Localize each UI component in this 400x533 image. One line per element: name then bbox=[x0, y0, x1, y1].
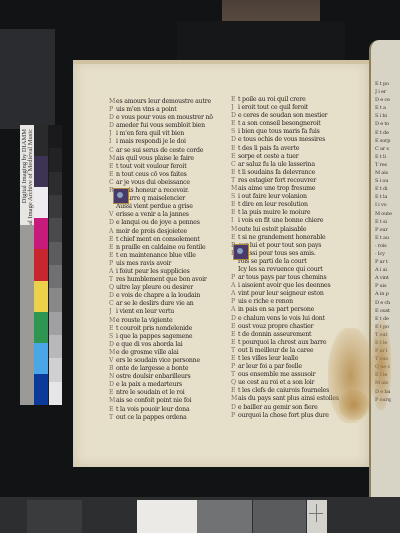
verse-line: De lanqui ou de joye a pennes bbox=[109, 219, 213, 227]
manuscript-folio: Mes amours leur demoustre autrePuis m'en… bbox=[73, 60, 369, 467]
verse-line-fragment: E t si bbox=[375, 218, 392, 226]
verse-line-fragment: A in p bbox=[375, 290, 392, 298]
verse-text: t poile au roi quil crere bbox=[238, 96, 306, 103]
verse-initial: C bbox=[109, 147, 116, 155]
gray-patch bbox=[49, 242, 62, 265]
swatch-red bbox=[34, 249, 48, 280]
verse-initial: T bbox=[109, 276, 116, 284]
verse-line: Et si ne grandement honorable bbox=[231, 234, 339, 242]
verse-line: Ii vois en fit une bonne chiere bbox=[231, 217, 339, 225]
verse-text: sorpe et ceste a tuer bbox=[238, 153, 299, 160]
verse-line: Tres humblement que bon avoir bbox=[109, 276, 213, 284]
verse-text: t a son conseil besongneroit bbox=[238, 120, 321, 127]
verse-text: res humblement que bon avoir bbox=[116, 276, 207, 283]
swatch-purple bbox=[34, 156, 48, 187]
verse-text: ar leur foi a par feelle bbox=[238, 363, 302, 370]
verse-line: Esorpe et ceste a tuer bbox=[231, 153, 339, 161]
gray-patch bbox=[49, 125, 62, 148]
verse-text: e lanqui ou de joye a pennes bbox=[116, 219, 200, 226]
color-calibration-target: Digital Imaging by DIAMM Digital Image A… bbox=[20, 125, 62, 405]
verse-line: Ji eroit tout ce quil feroit bbox=[231, 104, 339, 112]
verse-text: t la vois pouoir leur dona bbox=[116, 406, 189, 413]
gray-patch bbox=[49, 288, 62, 311]
verse-text: t les villes leur lealle bbox=[238, 355, 298, 362]
verse-line-fragment: E t au bbox=[375, 234, 392, 242]
verse-initial: M bbox=[109, 397, 116, 405]
verse-line: De tous ochis de vous messires bbox=[231, 136, 339, 144]
swatch-blue bbox=[34, 374, 48, 405]
verse-initial: D bbox=[231, 136, 238, 144]
verse-initial: B bbox=[109, 365, 116, 373]
verse-line: Quitre lay pleure ou desirer bbox=[109, 284, 213, 292]
verse-line: Si que la pappes sagemene bbox=[109, 333, 213, 341]
gray-patch bbox=[49, 358, 62, 381]
verse-line: Ji m'en fera quil vit bien bbox=[109, 130, 213, 138]
verse-initial: T bbox=[231, 371, 238, 379]
verse-line: Et la puis muire le moiure bbox=[231, 209, 339, 217]
verse-initial: Q bbox=[109, 284, 116, 292]
verse-line: Mais quil vous plaise le faire bbox=[109, 155, 213, 163]
verse-initial: M bbox=[109, 349, 116, 357]
verse-initial: M bbox=[109, 155, 116, 163]
verse-initial: M bbox=[109, 98, 116, 106]
verse-initial: P bbox=[109, 106, 116, 114]
verse-text: ameder fui vous sembloit bien bbox=[116, 122, 205, 129]
verse-initial: V bbox=[109, 211, 116, 219]
verse-line-fragment: E sorp bbox=[375, 137, 392, 145]
swatch-magenta bbox=[34, 218, 48, 249]
verse-line: Bonte de largesse a bonte bbox=[109, 365, 213, 373]
verse-initial: D bbox=[231, 404, 238, 412]
verse-line: Car saluz fu la ule lasserina bbox=[231, 161, 339, 169]
verse-text: t les clefs de caiurois fourneles bbox=[238, 387, 329, 394]
verse-text: i vient en leur vertu bbox=[116, 308, 174, 315]
verse-line-fragment: E t po bbox=[375, 80, 392, 88]
verse-line-fragment: E t li bbox=[375, 153, 392, 161]
gray-patch bbox=[49, 335, 62, 358]
verse-text: ous ensemble me assusoir bbox=[238, 371, 315, 378]
verse-line: Que cest au roi et a son loir bbox=[231, 379, 339, 387]
verse-line: Moute lui estoit plaisable bbox=[231, 226, 339, 234]
verse-line-fragment: C ar s bbox=[375, 145, 392, 153]
verse-line: En praille en caldaine ou fentile bbox=[109, 244, 213, 252]
illuminated-initial-right bbox=[233, 244, 249, 260]
verse-initial: S bbox=[231, 128, 238, 136]
verse-text: i eroit tout ce quil feroit bbox=[238, 104, 308, 111]
verse-line: Et li soudains fa delevrance bbox=[231, 169, 339, 177]
verse-line: Et de donnin asseurement bbox=[231, 331, 339, 339]
verse-initial: S bbox=[231, 193, 238, 201]
verse-text: uitre lay pleure ou desirer bbox=[116, 284, 193, 291]
verse-line-fragment: E t a bbox=[375, 104, 392, 112]
verse-line: Et des li pais fa averte bbox=[231, 145, 339, 153]
verse-line: Mais du pays sant plus ainsi estoiles bbox=[231, 395, 339, 403]
swatch-yellow bbox=[34, 281, 48, 312]
book-support-block bbox=[177, 21, 345, 61]
verse-text: i que la pappes sagemene bbox=[116, 333, 192, 340]
verse-line-fragment: P uis bbox=[375, 282, 392, 290]
verse-line: Et la vois pouoir leur dona bbox=[109, 406, 213, 414]
verse-initial: A bbox=[231, 282, 238, 290]
verse-line: Car je vous dui obeissance bbox=[109, 179, 213, 187]
verse-text: t la puis muire le moiure bbox=[238, 209, 310, 216]
verse-initial: A bbox=[109, 268, 116, 276]
verse-initial: Q bbox=[231, 379, 238, 387]
cm-ruler bbox=[20, 225, 34, 405]
verse-line: Ii mais respondi je le doi bbox=[109, 138, 213, 146]
verse-line: De vous pour vous en moustrer nō bbox=[109, 114, 213, 122]
verse-line: De chalum vens le vois lui dont bbox=[231, 315, 339, 323]
verse-text: t des li pais fa averte bbox=[238, 145, 299, 152]
verse-line: Tout ce la pappes ordena bbox=[109, 414, 213, 422]
gray-card-mid bbox=[197, 500, 252, 533]
verse-initial: C bbox=[109, 300, 116, 308]
verse-line: Ai aisoient avoir que les deennes bbox=[231, 282, 339, 290]
verse-text: out li meilleur de la caree bbox=[238, 347, 313, 354]
verse-initial: P bbox=[231, 412, 238, 420]
verse-initial: E bbox=[109, 389, 116, 397]
verse-text: e chalum vens le vois lui dont bbox=[238, 315, 325, 322]
verse-line: Eoust vouz propre chastier bbox=[231, 323, 339, 331]
verse-initial: M bbox=[231, 226, 238, 234]
verse-line: Puis mes ravis avoir bbox=[109, 260, 213, 268]
verse-initial: M bbox=[109, 317, 116, 325]
verse-initial: V bbox=[109, 357, 116, 365]
verse-text: ais du pays sant plus ainsi estoiles bbox=[238, 395, 339, 402]
verse-line: Me de grosme ville alai bbox=[109, 349, 213, 357]
verse-text: i vois en fit une bonne chiere bbox=[238, 217, 323, 224]
verse-text: i bien que tous maris fa fuis bbox=[238, 128, 320, 135]
verse-line: Puis m'en vins a point bbox=[109, 106, 213, 114]
verse-initial: N bbox=[109, 373, 116, 381]
verse-text: i out faire leur volanion bbox=[238, 193, 307, 200]
crosshair-target bbox=[307, 500, 327, 533]
verse-line-fragment: T res bbox=[375, 161, 392, 169]
verse-text: i m'en fera quil vit bien bbox=[116, 130, 184, 137]
water-stain bbox=[371, 320, 391, 410]
verse-text: n tout ceus cō vos faites bbox=[116, 171, 187, 178]
verse-line: Et en maintenance blue ville bbox=[109, 252, 213, 260]
verse-line: Par tous pays par tous chemins bbox=[231, 274, 339, 282]
verse-initial: J bbox=[109, 130, 116, 138]
verse-text: t li soudains fa delevrance bbox=[238, 169, 315, 176]
text-column-left: Mes amours leur demoustre autrePuis m'en… bbox=[109, 98, 213, 422]
verse-initial: M bbox=[231, 395, 238, 403]
verse-text: ue cest au roi et a son loir bbox=[238, 379, 314, 386]
verse-line-fragment: E t di bbox=[375, 185, 392, 193]
verse-line: Et dire en leur resolution bbox=[231, 201, 339, 209]
verse-line-fragment: J i er bbox=[375, 88, 392, 96]
gray-patch bbox=[49, 148, 62, 171]
verse-initial: P bbox=[231, 274, 238, 282]
verse-line: Ai foiut peur les supplicies bbox=[109, 268, 213, 276]
verse-line: Et a son conseil besongneroit bbox=[231, 120, 339, 128]
verse-line: Avint pour leur seigneur eston bbox=[231, 290, 339, 298]
crosshair-vertical bbox=[316, 504, 317, 522]
verse-initial: D bbox=[231, 315, 238, 323]
verse-line: Ji vient en leur vertu bbox=[109, 308, 213, 316]
water-stain bbox=[339, 390, 369, 420]
verse-text: e rouste la vigiente bbox=[116, 317, 172, 324]
verse-line: Car se le deslirs dure vie an bbox=[109, 300, 213, 308]
verse-text: ar saluz fu la ule lasserina bbox=[238, 161, 315, 168]
verse-text: ais quil vous plaise le faire bbox=[116, 155, 194, 162]
verse-text: ourquoi la chose fort plus dure bbox=[238, 412, 329, 419]
verse-initial: E bbox=[109, 406, 116, 414]
verse-text: t dire en leur resolution bbox=[238, 201, 308, 208]
verse-text: t aussi pour tous ses amis. bbox=[238, 250, 316, 257]
gray-patch bbox=[49, 265, 62, 288]
verse-text: ar tous pays par tous chemins bbox=[238, 274, 326, 281]
verse-initial: J bbox=[109, 308, 116, 316]
verse-line: Tres estagier fort recouvrer bbox=[231, 177, 339, 185]
verse-text: e ceres de soudan son mestier bbox=[238, 112, 327, 119]
verse-text: in pais en sa part persone bbox=[238, 306, 314, 313]
swatch-cyan bbox=[34, 343, 48, 374]
verse-line-fragment: · Icy bbox=[375, 250, 392, 258]
gray-patch bbox=[49, 312, 62, 335]
facing-folio-edge: E t poJ i erD e ceE t a S i biD e toE t … bbox=[369, 40, 400, 498]
verse-initial: E bbox=[231, 339, 238, 347]
verse-line: Dameder fui vous sembloit bien bbox=[109, 122, 213, 130]
verse-initial: E bbox=[231, 234, 238, 242]
verse-initial: I bbox=[231, 217, 238, 225]
gray-support-block bbox=[0, 29, 55, 129]
verse-line-fragment: S i ou bbox=[375, 177, 392, 185]
verse-line: Et tout voit voulour feroit bbox=[109, 163, 213, 171]
verse-text: res estagier fort recouvrer bbox=[238, 177, 316, 184]
verse-line-fragment: S i bi bbox=[375, 112, 392, 120]
verse-initial: E bbox=[231, 323, 238, 331]
verse-text: Icy les sa revuence qui court bbox=[238, 266, 323, 273]
verse-initial: E bbox=[231, 355, 238, 363]
verse-text: out ce la pappes ordena bbox=[116, 414, 187, 421]
verse-initial: D bbox=[109, 341, 116, 349]
verse-line: Aussi vient perdue a grise bbox=[109, 203, 213, 211]
verse-initial: D bbox=[109, 292, 116, 300]
verse-line: Si out faire leur volanion bbox=[231, 193, 339, 201]
verse-text: e vous pour vous en moustrer nō bbox=[116, 114, 213, 121]
verse-line: De la paix a medarteurs bbox=[109, 381, 213, 389]
verse-line: Puis e riche e renon bbox=[231, 298, 339, 306]
verse-text: ostre doulsir enbarilleurs bbox=[116, 373, 190, 380]
verse-initial: C bbox=[231, 161, 238, 169]
verse-text: ers le soudain vice personne bbox=[116, 357, 200, 364]
checker-label-line-2: Digital Image Archive of Medieval Music bbox=[27, 129, 34, 238]
verse-text: oute lui estoit plaisable bbox=[238, 226, 306, 233]
verse-line: Et les villes leur lealle bbox=[231, 355, 339, 363]
verse-text: e de grosme ville alai bbox=[116, 349, 179, 356]
verse-line-fragment: I i vo bbox=[375, 201, 392, 209]
verse-line-fragment: E t de bbox=[375, 129, 392, 137]
gray-patch bbox=[49, 382, 62, 405]
verse-line: Me rouste la vigiente bbox=[109, 317, 213, 325]
verse-initial: P bbox=[231, 363, 238, 371]
verse-initial: S bbox=[109, 333, 116, 341]
verse-line: Vers le soudain vice personne bbox=[109, 357, 213, 365]
verse-initial: P bbox=[109, 260, 116, 268]
verse-text: vint pour leur seigneur eston bbox=[238, 290, 324, 297]
verse-initial: I bbox=[109, 138, 116, 146]
illuminated-initial-left bbox=[113, 188, 129, 204]
verse-initial: E bbox=[231, 145, 238, 153]
verse-text: i mais respondi je le doi bbox=[116, 138, 186, 145]
verse-initial: E bbox=[231, 96, 238, 104]
verse-initial: P bbox=[231, 298, 238, 306]
verse-text: Aussi vient perdue a grise bbox=[116, 203, 193, 210]
gray-card-dark bbox=[27, 500, 82, 533]
verse-line: Et couroit pris nondelenide bbox=[109, 325, 213, 333]
verse-line: Amoir de prois desjoietee bbox=[109, 228, 213, 236]
verse-line: Mais se confoit point nie foi bbox=[109, 397, 213, 405]
verse-initial: T bbox=[231, 177, 238, 185]
verse-initial: D bbox=[109, 114, 116, 122]
verse-initial: J bbox=[231, 104, 238, 112]
checker-label-strip: Digital Imaging by DIAMM Digital Image A… bbox=[20, 125, 34, 405]
verse-line: Icy les sa revuence qui court bbox=[231, 266, 339, 274]
verse-text: ais se confoit point nie foi bbox=[116, 397, 191, 404]
verse-line: Tout li meilleur de la caree bbox=[231, 347, 339, 355]
verse-line: Et chief ment en consolement bbox=[109, 236, 213, 244]
verse-line-fragment: E t la bbox=[375, 193, 392, 201]
verse-initial: E bbox=[109, 244, 116, 252]
verse-line: En tout ceus cō vos faites bbox=[109, 171, 213, 179]
verse-text: t de donnin asseurement bbox=[238, 331, 311, 338]
verse-text: erisse a venir a la jannes bbox=[116, 211, 189, 218]
verse-text: es amours leur demoustre autre bbox=[116, 98, 211, 105]
verse-text: t en maintenance blue ville bbox=[116, 252, 196, 259]
verse-line: Pourquoi la chose fort plus dure bbox=[231, 412, 339, 420]
verse-text: uis mes ravis avoir bbox=[116, 260, 171, 267]
verse-text: ar se le deslirs dure vie an bbox=[116, 300, 194, 307]
verse-line-fragment: E oust bbox=[375, 307, 392, 315]
verse-line: Par leur foi a par feelle bbox=[231, 363, 339, 371]
verse-text: i aisoient avoir que les deennes bbox=[238, 282, 330, 289]
verse-initial: D bbox=[231, 112, 238, 120]
verse-line: De que di vos aborda lai bbox=[109, 341, 213, 349]
verse-text: our lui et pour tout son pays bbox=[238, 242, 321, 249]
verse-text: ntre le soudain et le roi bbox=[116, 389, 185, 396]
verse-initial: E bbox=[231, 201, 238, 209]
verse-line: De bailler au gemir son fiere bbox=[231, 404, 339, 412]
verse-text: ar je vous dui obeissance bbox=[116, 179, 190, 186]
verse-initial: E bbox=[109, 252, 116, 260]
verse-line: Entre le soudain et le roi bbox=[109, 389, 213, 397]
verse-line: Ain pais en sa part persone bbox=[231, 306, 339, 314]
swatch-green bbox=[34, 312, 48, 343]
verse-text: moir de prois desjoietee bbox=[116, 228, 187, 235]
folio-top-edge bbox=[73, 60, 369, 64]
gray-patch bbox=[49, 218, 62, 241]
verse-text: uis e riche e renon bbox=[238, 298, 293, 305]
verse-text: ais aime une trop fresume bbox=[238, 185, 315, 192]
swatch-white bbox=[34, 187, 48, 218]
verse-line: Car se sui serus de ceste corde bbox=[109, 147, 213, 155]
verse-initial: C bbox=[109, 179, 116, 187]
verse-line: Mais aime une trop fresume bbox=[231, 185, 339, 193]
verse-text: e bailler au gemir son fiere bbox=[238, 404, 318, 411]
verse-line-fragment: D e ch bbox=[375, 299, 392, 307]
verse-line-fragment: A i ai bbox=[375, 266, 392, 274]
verse-text: t chief ment en consolement bbox=[116, 236, 200, 243]
verse-text: i foiut peur les supplicies bbox=[116, 268, 190, 275]
verse-initial: E bbox=[109, 171, 116, 179]
verse-text: ar se sui serus de ceste corde bbox=[116, 147, 203, 154]
verse-line-fragment: A vint bbox=[375, 274, 392, 282]
verse-initial: E bbox=[109, 325, 116, 333]
verse-line-fragment: · rois bbox=[375, 242, 392, 250]
verse-line: Tous ensemble me assusoir bbox=[231, 371, 339, 379]
verse-initial: T bbox=[231, 347, 238, 355]
verse-line: Nostre doulsir enbarilleurs bbox=[109, 373, 213, 381]
verse-line: Et poile au roi quil crere bbox=[231, 96, 339, 104]
verse-line-fragment: M ais bbox=[375, 169, 392, 177]
verse-initial: A bbox=[231, 306, 238, 314]
verse-initial: E bbox=[231, 153, 238, 161]
swatch-black bbox=[34, 125, 48, 156]
verse-line-fragment: P our bbox=[375, 226, 392, 234]
verse-line: Mes amours leur demoustre autre bbox=[109, 98, 213, 106]
verse-initial: E bbox=[109, 163, 116, 171]
verse-line: Si bien que tous maris fa fuis bbox=[231, 128, 339, 136]
gray-patch bbox=[49, 172, 62, 195]
verse-text: onte de largesse a bonte bbox=[116, 365, 188, 372]
verse-line-fragment: D e to bbox=[375, 120, 392, 128]
verse-text: oust vouz propre chastier bbox=[238, 323, 313, 330]
verse-initial: E bbox=[109, 236, 116, 244]
verse-line: De ceres de soudan son mestier bbox=[231, 112, 339, 120]
verse-line-fragment: M oute bbox=[375, 210, 392, 218]
verse-line: Et pourquoi la chrest aux barre bbox=[231, 339, 339, 347]
gray-card-dark-mid bbox=[253, 500, 306, 533]
verse-initial: T bbox=[109, 414, 116, 422]
verse-line: Et les clefs de caiurois fourneles bbox=[231, 387, 339, 395]
verse-initial: D bbox=[109, 219, 116, 227]
verse-initial: E bbox=[231, 387, 238, 395]
verse-text: e la paix a medarteurs bbox=[116, 381, 182, 388]
verse-text: e tous ochis de vous messires bbox=[238, 136, 325, 143]
verse-initial: M bbox=[231, 185, 238, 193]
verse-text: uis m'en vins a point bbox=[116, 106, 176, 113]
verse-initial: D bbox=[109, 381, 116, 389]
verse-text: t couroit pris nondelenide bbox=[116, 325, 192, 332]
verse-line-fragment: P ar t bbox=[375, 258, 392, 266]
verse-text: t pourquoi la chrest aux barre bbox=[238, 339, 326, 346]
verse-line: De vois de chapre a la loudain bbox=[109, 292, 213, 300]
verse-line: Verisse a venir a la jannes bbox=[109, 211, 213, 219]
verse-text: t tout voit voulour feroit bbox=[116, 163, 186, 170]
verse-text: e vois de chapre a la loudain bbox=[116, 292, 200, 299]
verse-initial: E bbox=[231, 120, 238, 128]
verse-initial: D bbox=[109, 122, 116, 130]
verse-text: n praille en caldaine ou fentile bbox=[116, 244, 205, 251]
verse-initial: A bbox=[231, 290, 238, 298]
verse-initial: A bbox=[109, 228, 116, 236]
verse-text: t si ne grandement honorable bbox=[238, 234, 325, 241]
verse-line-fragment: D e ce bbox=[375, 96, 392, 104]
verse-initial: E bbox=[231, 209, 238, 217]
verse-text: e que di vos aborda lai bbox=[116, 341, 182, 348]
verse-initial: E bbox=[231, 331, 238, 339]
gray-card-white bbox=[137, 500, 197, 533]
gray-patch bbox=[49, 195, 62, 218]
verse-initial: E bbox=[231, 169, 238, 177]
